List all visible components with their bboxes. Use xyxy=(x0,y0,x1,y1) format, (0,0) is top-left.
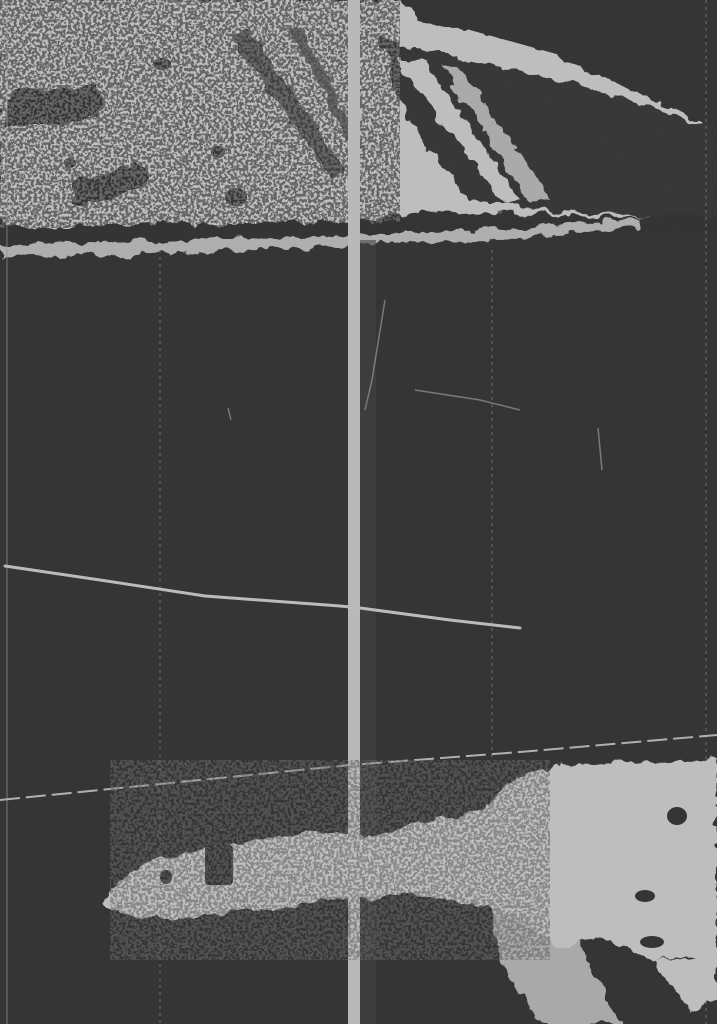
grunge-texture-canvas xyxy=(0,0,717,1024)
grunge-texture xyxy=(0,0,717,1024)
grain-overlay xyxy=(0,0,717,1024)
